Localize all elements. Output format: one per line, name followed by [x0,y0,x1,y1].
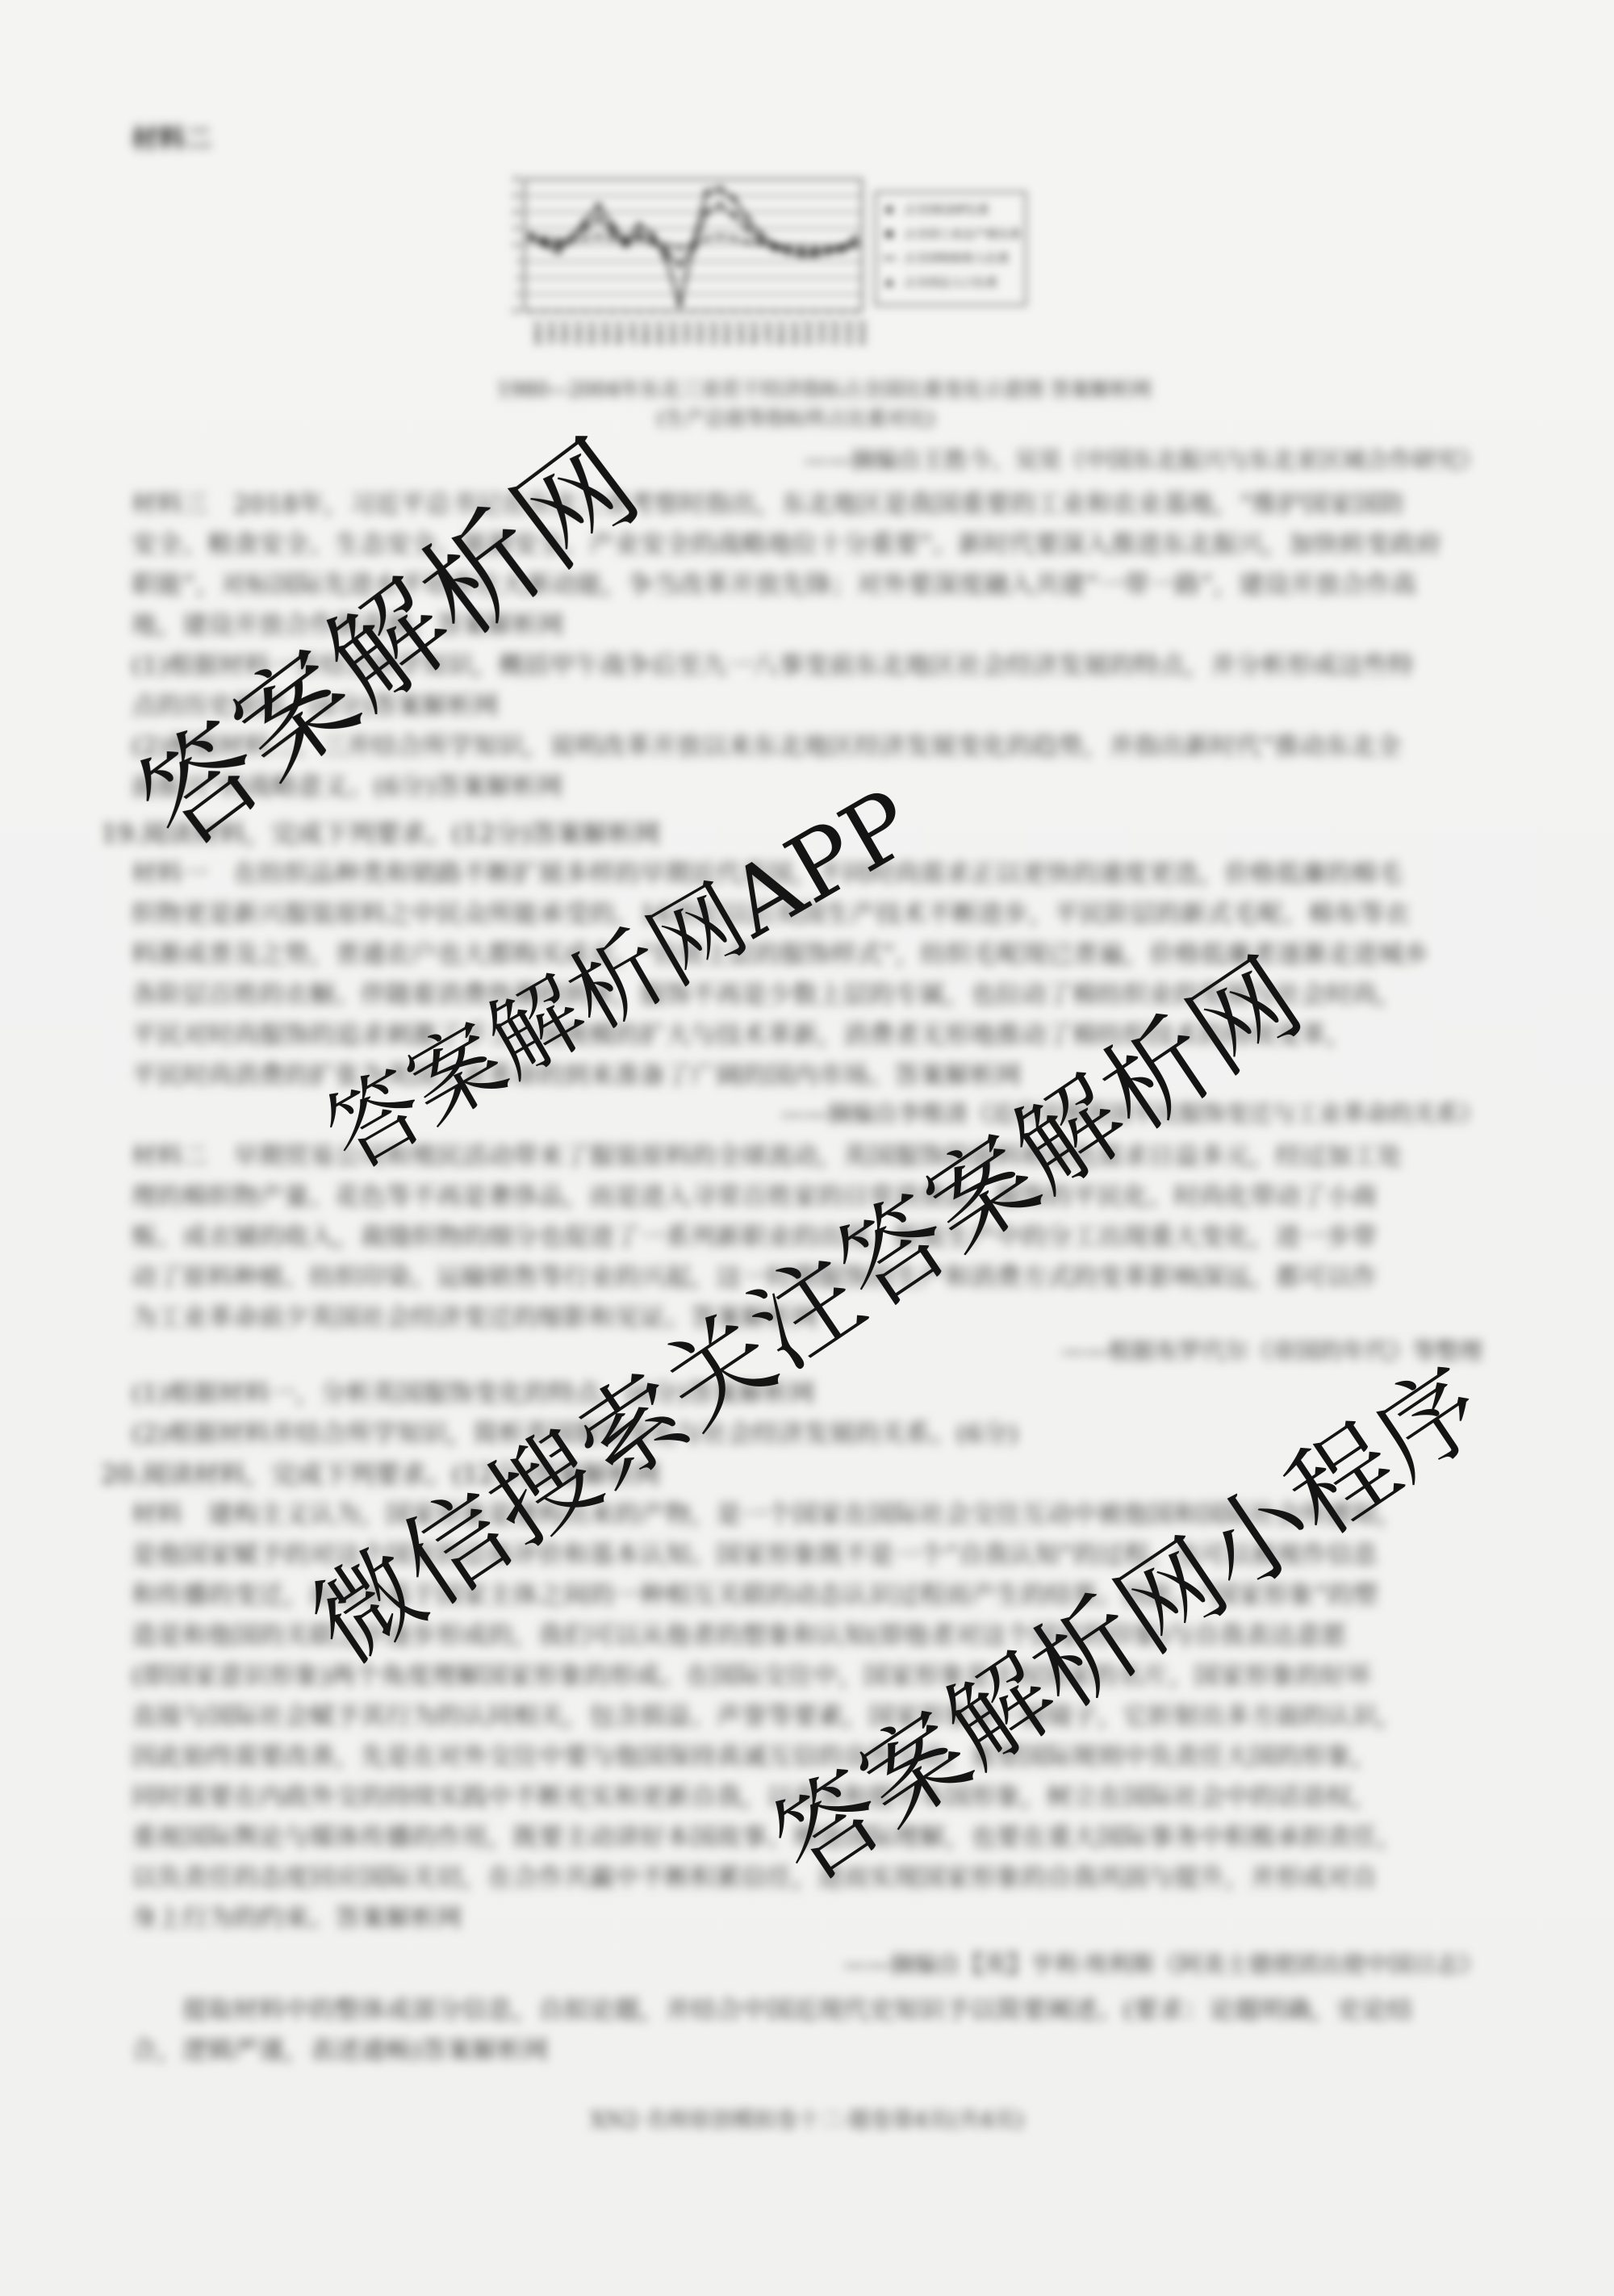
source-attribution-20: ——摘编自【英】亨利·埃利斯《阿美士德使团出使中国日志》 [843,1947,1482,1980]
svg-text:1980: 1980 [532,320,544,345]
svg-text:5: 5 [516,258,521,266]
svg-text:占全国财政收入比重: 占全国财政收入比重 [904,251,1010,266]
svg-text:1981: 1981 [546,320,558,345]
svg-text:2003: 2003 [843,320,855,345]
svg-text:0: 0 [516,274,521,282]
svg-text:-10: -10 [509,307,521,316]
source-attribution-1: ——摘编自王胜今、吴昊《中国东北振兴与东北亚区域合作研究》 [804,442,1482,475]
svg-text:30: 30 [512,176,522,184]
material-2-label: 材料二 [132,118,211,156]
svg-text:1985: 1985 [600,320,612,345]
svg-text:25: 25 [512,192,521,200]
svg-text:1993: 1993 [708,320,720,345]
svg-text:1982: 1982 [559,320,571,345]
svg-text:1999: 1999 [788,320,801,345]
svg-text:1989: 1989 [654,320,666,345]
svg-text:占全国工业总产值比重: 占全国工业总产值比重 [904,227,1021,241]
svg-text:2001: 2001 [816,320,828,345]
text-line: 合，逻辑严谨，表述通畅)答案解析网 [132,2030,1486,2071]
svg-text:1991: 1991 [680,320,692,345]
svg-text:1986: 1986 [613,320,625,345]
text-line: 安全、粮食安全、生态安全、能源安全、产业安全的战略地位十分重要”。新时代要深入推… [132,525,1486,565]
chart-svg: -10-505101520253019801981198219831984198… [508,171,1065,373]
page-footer: XN2·名师原创模拟卷十二·题卷第4页(共4页) [0,2102,1614,2134]
svg-text:占全国GDP比重: 占全国GDP比重 [904,203,989,217]
svg-text:占全国总人口比重: 占全国总人口比重 [904,276,997,290]
svg-text:1984: 1984 [586,320,598,345]
svg-text:-5: -5 [514,291,521,299]
svg-text:2000: 2000 [802,320,814,345]
line-chart: -10-505101520253019801981198219831984198… [508,171,1065,373]
svg-text:1983: 1983 [572,320,584,345]
svg-text:2004: 2004 [856,320,868,345]
blurred-scan-content: 材料二 -10-50510152025301980198119821983198… [0,0,1614,2296]
svg-text:20: 20 [512,209,522,217]
scanned-exam-page: 材料二 -10-50510152025301980198119821983198… [0,0,1614,2296]
svg-text:10: 10 [512,242,522,250]
svg-text:1994: 1994 [721,320,734,345]
text-line: (即国家意识形象)两个角度理解国家形象的形成。在国际交往中，国家形象是主权国家的… [132,1656,1486,1696]
svg-text:1996: 1996 [748,320,760,345]
svg-text:15: 15 [512,225,521,233]
svg-text:1997: 1997 [762,320,774,345]
chart-caption-line1: 1980—2004年东北三省若干经济指标占全国比重变化示意图 答案解析网 [497,374,1094,403]
closing-instructions: 提取材料中的整体或部分信息，自拟论题，并结合中国近现代史知识予以简要阐述。(要求… [132,1990,1486,2071]
svg-text:1995: 1995 [734,320,746,345]
svg-text:1988: 1988 [640,320,652,345]
text-line: 料渐成普及之势，普通农户也大都购买成衣，“仿效上层的服饰样式”，纺织毛呢现已普遍… [132,935,1486,975]
text-line: 身上行为的约束。答案解析网 [132,1898,1486,1938]
svg-text:2002: 2002 [830,320,842,345]
svg-text:1992: 1992 [694,320,706,345]
svg-text:1990: 1990 [667,320,679,345]
text-line: 材料三 2018年，习近平总书记在东北三省考察时指出，东北地区是我国重要的工业和… [132,484,1486,525]
svg-text:1987: 1987 [626,320,638,345]
text-line: 提取材料中的整体或部分信息，自拟论题，并结合中国近现代史知识予以简要阐述。(要求… [132,1990,1486,2030]
svg-text:1998: 1998 [776,320,788,345]
text-line: 直接与国际社会赋予其行为的认同相关，包含损益、声誉等要素，国家形象是一面镜子，它… [132,1696,1486,1737]
